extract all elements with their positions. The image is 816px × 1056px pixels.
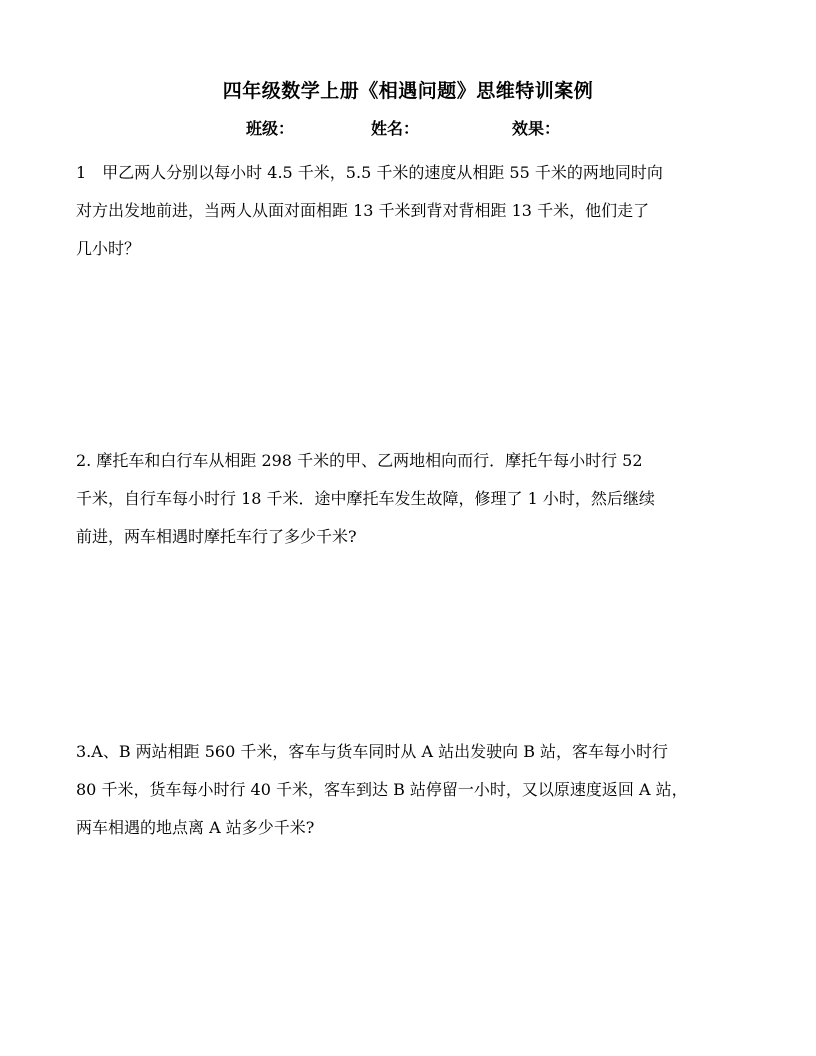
question-line: 3.A、B 两站相距 560 千米，客车与货车同时从 A 站出发驶向 B 站，客… — [76, 733, 746, 771]
name-field-label: 姓名： — [371, 116, 419, 139]
question-3: 3.A、B 两站相距 560 千米，客车与货车同时从 A 站出发驶向 B 站，客… — [76, 733, 746, 847]
question-1: 1 甲乙两人分别以每小时 4.5 千米，5.5 千米的速度从相距 55 千米的两… — [76, 154, 746, 268]
question-2: 2. 摩托车和白行车从相距 298 千米的甲、乙两地相向而行．摩托午每小时行 5… — [76, 442, 746, 556]
question-line: 千米，自行车每小时行 18 千米．途中摩托车发生故障，修理了 1 小时，然后继续 — [76, 480, 746, 518]
question-line: 2. 摩托车和白行车从相距 298 千米的甲、乙两地相向而行．摩托午每小时行 5… — [76, 442, 746, 480]
question-line: 两车相遇的地点离 A 站多少千米? — [76, 809, 746, 847]
question-line: 80 千米，货车每小时行 40 千米，客车到达 B 站停留一小时，又以原速度返回… — [76, 771, 746, 809]
question-line: 1 甲乙两人分别以每小时 4.5 千米，5.5 千米的速度从相距 55 千米的两… — [76, 154, 746, 192]
question-line: 对方出发地前进，当两人从面对面相距 13 千米到背对背相距 13 千米，他们走了 — [76, 192, 746, 230]
page-title: 四年级数学上册《相遇问题》思维特训案例 — [0, 76, 816, 103]
question-line: 几小时？ — [76, 230, 746, 268]
question-line: 前进，两车相遇时摩托车行了多少千米? — [76, 518, 746, 556]
result-field-label: 效果： — [512, 116, 560, 139]
class-field-label: 班级： — [246, 116, 294, 139]
